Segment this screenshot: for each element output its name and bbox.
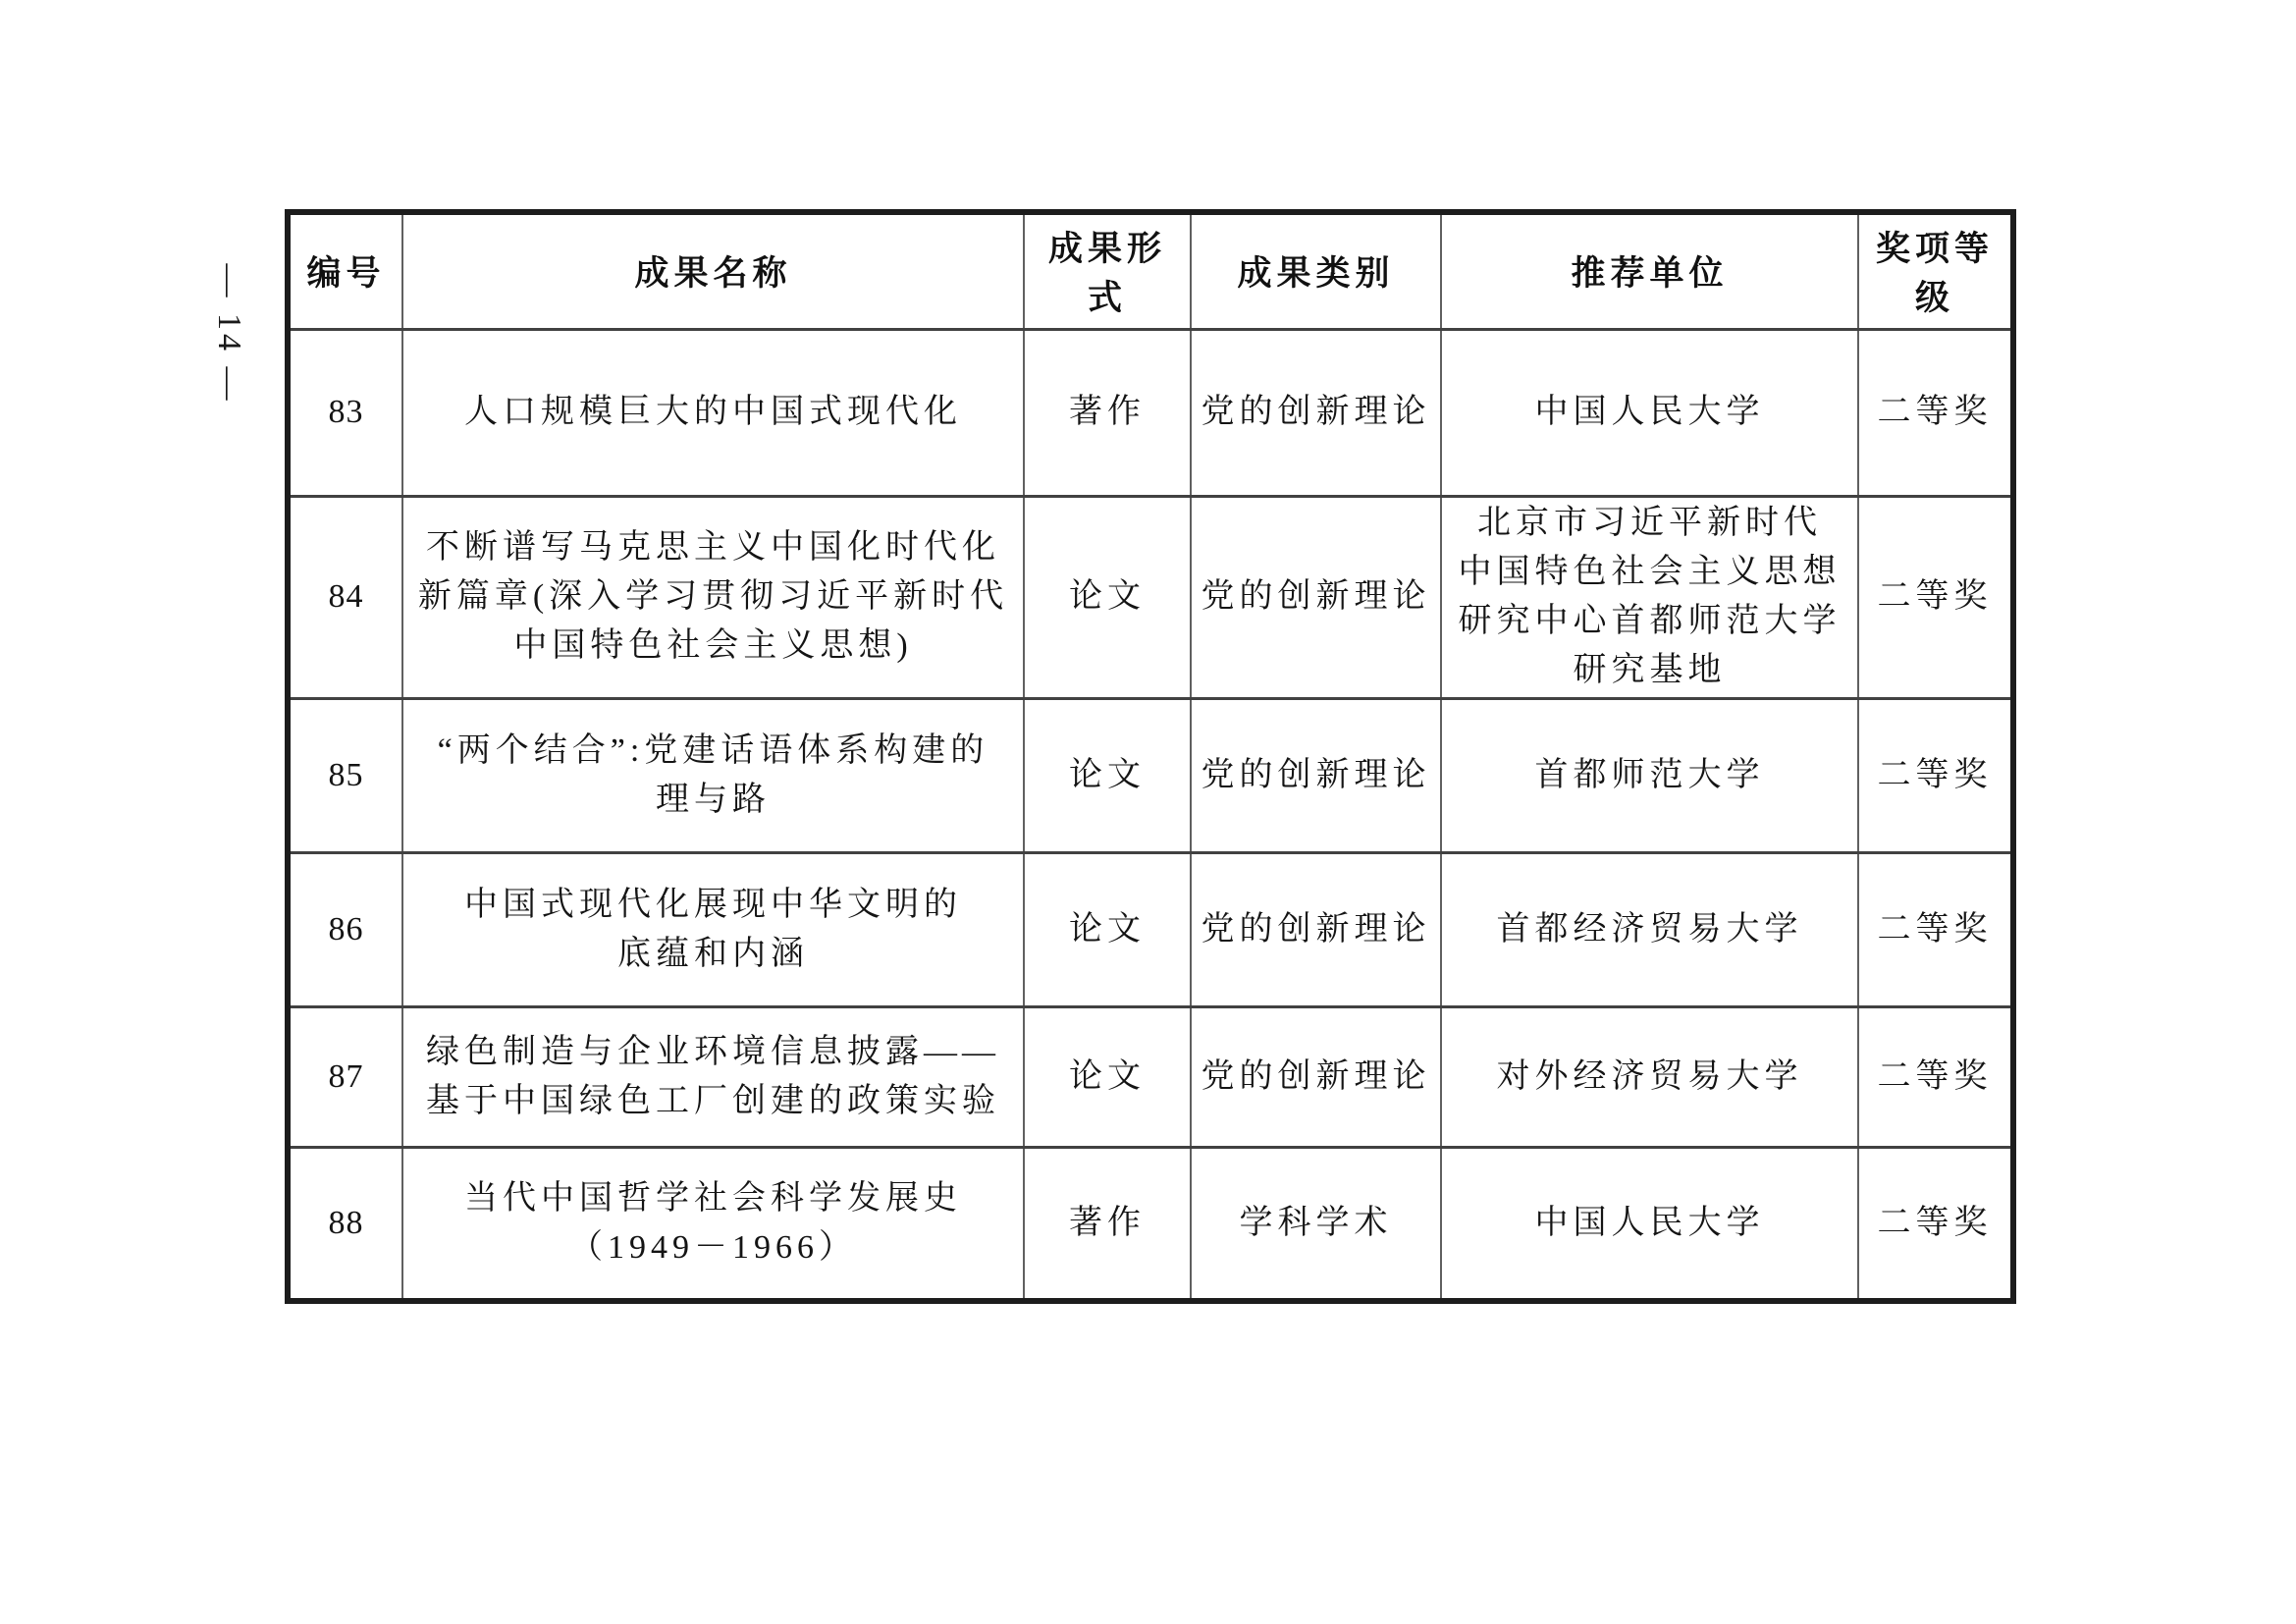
table-row: 86 中国式现代化展现中华文明的 底蕴和内涵 论文 党的创新理论 首都经济贸易大… xyxy=(288,852,2013,1006)
cell-id: 84 xyxy=(288,496,402,698)
cell-recommender: 中国人民大学 xyxy=(1441,329,1858,496)
table-row: 84 不断谱写马克思主义中国化时代化 新篇章(深入学习贯彻习近平新时代 中国特色… xyxy=(288,496,2013,698)
cell-category: 学科学术 xyxy=(1191,1147,1441,1301)
cell-recommender: 北京市习近平新时代 中国特色社会主义思想 研究中心首都师范大学 研究基地 xyxy=(1441,496,1858,698)
cell-award: 二等奖 xyxy=(1858,698,2013,852)
header-form: 成果形式 xyxy=(1024,212,1191,329)
cell-id: 88 xyxy=(288,1147,402,1301)
cell-name: 绿色制造与企业环境信息披露—— 基于中国绿色工厂创建的政策实验 xyxy=(402,1006,1024,1147)
cell-name: 人口规模巨大的中国式现代化 xyxy=(402,329,1024,496)
cell-category: 党的创新理论 xyxy=(1191,329,1441,496)
cell-id: 86 xyxy=(288,852,402,1006)
header-award: 奖项等级 xyxy=(1858,212,2013,329)
cell-id: 87 xyxy=(288,1006,402,1147)
cell-name: “两个结合”:党建话语体系构建的 理与路 xyxy=(402,698,1024,852)
table-row: 88 当代中国哲学社会科学发展史 （1949－1966） 著作 学科学术 中国人… xyxy=(288,1147,2013,1301)
cell-recommender: 首都经济贸易大学 xyxy=(1441,852,1858,1006)
cell-id: 83 xyxy=(288,329,402,496)
cell-category: 党的创新理论 xyxy=(1191,698,1441,852)
cell-form: 论文 xyxy=(1024,852,1191,1006)
cell-name: 不断谱写马克思主义中国化时代化 新篇章(深入学习贯彻习近平新时代 中国特色社会主… xyxy=(402,496,1024,698)
cell-form: 论文 xyxy=(1024,698,1191,852)
table-header-row: 编号 成果名称 成果形式 成果类别 推荐单位 奖项等级 xyxy=(288,212,2013,329)
cell-form: 著作 xyxy=(1024,1147,1191,1301)
cell-form: 论文 xyxy=(1024,1006,1191,1147)
page-number: — 14 — xyxy=(210,264,247,405)
cell-category: 党的创新理论 xyxy=(1191,852,1441,1006)
cell-recommender: 首都师范大学 xyxy=(1441,698,1858,852)
awards-table: 编号 成果名称 成果形式 成果类别 推荐单位 奖项等级 83 人口规模巨大的中国… xyxy=(285,209,2016,1304)
header-name: 成果名称 xyxy=(402,212,1024,329)
table-row: 83 人口规模巨大的中国式现代化 著作 党的创新理论 中国人民大学 二等奖 xyxy=(288,329,2013,496)
table-row: 85 “两个结合”:党建话语体系构建的 理与路 论文 党的创新理论 首都师范大学… xyxy=(288,698,2013,852)
cell-recommender: 对外经济贸易大学 xyxy=(1441,1006,1858,1147)
table-row: 87 绿色制造与企业环境信息披露—— 基于中国绿色工厂创建的政策实验 论文 党的… xyxy=(288,1006,2013,1147)
cell-form: 论文 xyxy=(1024,496,1191,698)
cell-award: 二等奖 xyxy=(1858,852,2013,1006)
header-recommender: 推荐单位 xyxy=(1441,212,1858,329)
header-id: 编号 xyxy=(288,212,402,329)
cell-id: 85 xyxy=(288,698,402,852)
cell-name: 当代中国哲学社会科学发展史 （1949－1966） xyxy=(402,1147,1024,1301)
cell-category: 党的创新理论 xyxy=(1191,496,1441,698)
cell-award: 二等奖 xyxy=(1858,1006,2013,1147)
cell-category: 党的创新理论 xyxy=(1191,1006,1441,1147)
cell-form: 著作 xyxy=(1024,329,1191,496)
cell-recommender: 中国人民大学 xyxy=(1441,1147,1858,1301)
cell-award: 二等奖 xyxy=(1858,329,2013,496)
cell-award: 二等奖 xyxy=(1858,496,2013,698)
cell-award: 二等奖 xyxy=(1858,1147,2013,1301)
cell-name: 中国式现代化展现中华文明的 底蕴和内涵 xyxy=(402,852,1024,1006)
header-category: 成果类别 xyxy=(1191,212,1441,329)
document-page: { "page": { "page_number": "— 14 —" }, "… xyxy=(0,0,2296,1624)
